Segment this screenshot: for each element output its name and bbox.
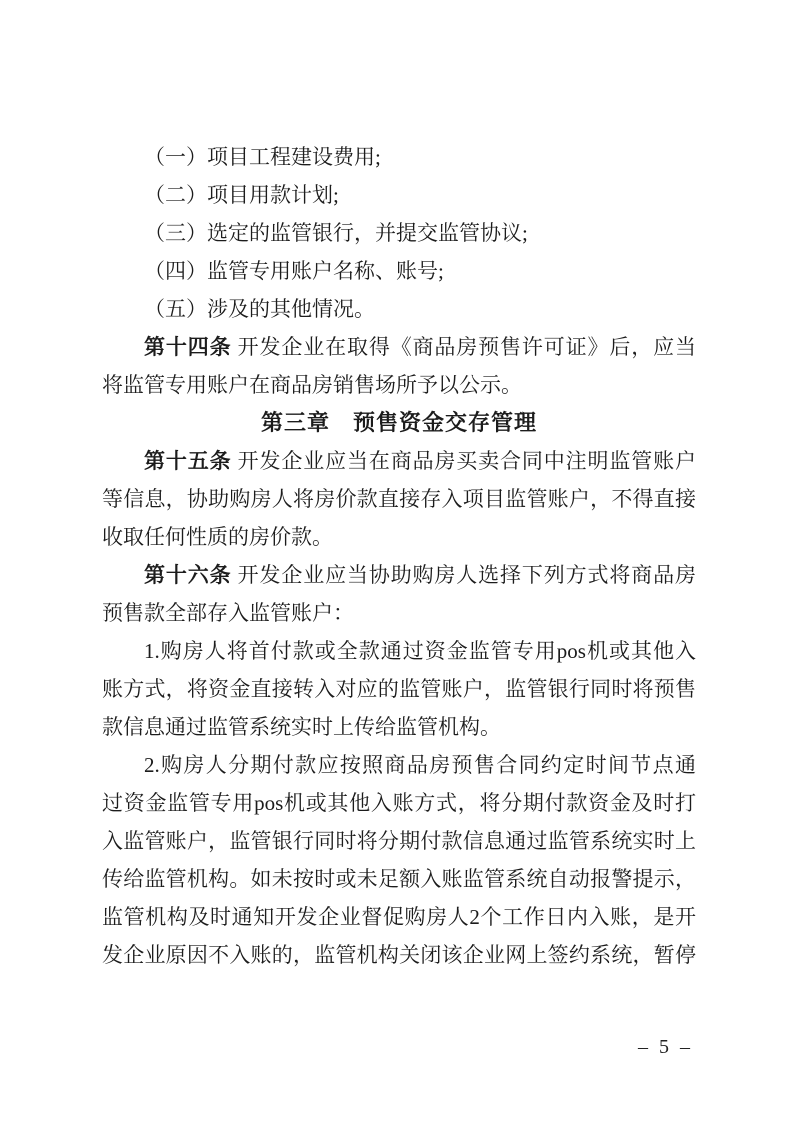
article-text: 开发企业应当协助购房人选择下列方式将商品房	[231, 563, 696, 587]
chapter-heading: 第三章 预售资金交存管理	[102, 404, 696, 442]
article-line: 第十四条 开发企业在取得《商品房预售许可证》后，应当	[102, 328, 696, 366]
text-line: 预售款全部存入监管账户：	[102, 594, 696, 632]
text-line: 监管机构及时通知开发企业督促购房人2个工作日内入账，是开	[102, 898, 696, 936]
article-text: 开发企业应当在商品房买卖合同中注明监管账户	[231, 449, 696, 473]
article-number: 第十四条	[144, 336, 231, 359]
text-line: 将监管专用账户在商品房销售场所予以公示。	[102, 366, 696, 404]
numbered-item-line: 2.购房人分期付款应按照商品房预售合同约定时间节点通	[102, 746, 696, 784]
article-number: 第十六条	[144, 564, 231, 587]
list-item: （五）涉及的其他情况。	[102, 290, 696, 328]
list-item: （三）选定的监管银行，并提交监管协议;	[102, 214, 696, 252]
text-line: 账方式，将资金直接转入对应的监管账户，监管银行同时将预售	[102, 670, 696, 708]
text-line: 等信息，协助购房人将房价款直接存入项目监管账户，不得直接	[102, 480, 696, 518]
text-line: 传给监管机构。如未按时或未足额入账监管系统自动报警提示，	[102, 860, 696, 898]
list-item: （一）项目工程建设费用;	[102, 138, 696, 176]
text-line: 发企业原因不入账的，监管机构关闭该企业网上签约系统，暂停	[102, 936, 696, 974]
text-line: 入监管账户，监管银行同时将分期付款信息通过监管系统实时上	[102, 822, 696, 860]
text-line: 过资金监管专用pos机或其他入账方式，将分期付款资金及时打	[102, 784, 696, 822]
text-line: 款信息通过监管系统实时上传给监管机构。	[102, 708, 696, 746]
document-page: （一）项目工程建设费用; （二）项目用款计划; （三）选定的监管银行，并提交监管…	[0, 0, 793, 1122]
document-body: （一）项目工程建设费用; （二）项目用款计划; （三）选定的监管银行，并提交监管…	[102, 138, 696, 974]
list-item: （四）监管专用账户名称、账号;	[102, 252, 696, 290]
numbered-item-line: 1.购房人将首付款或全款通过资金监管专用pos机或其他入	[102, 632, 696, 670]
article-text: 开发企业在取得《商品房预售许可证》后，应当	[231, 335, 696, 359]
article-line: 第十六条 开发企业应当协助购房人选择下列方式将商品房	[102, 556, 696, 594]
text-line: 收取任何性质的房价款。	[102, 518, 696, 556]
list-item: （二）项目用款计划;	[102, 176, 696, 214]
page-number: – 5 –	[638, 1036, 693, 1059]
article-number: 第十五条	[144, 450, 231, 473]
article-line: 第十五条 开发企业应当在商品房买卖合同中注明监管账户	[102, 442, 696, 480]
